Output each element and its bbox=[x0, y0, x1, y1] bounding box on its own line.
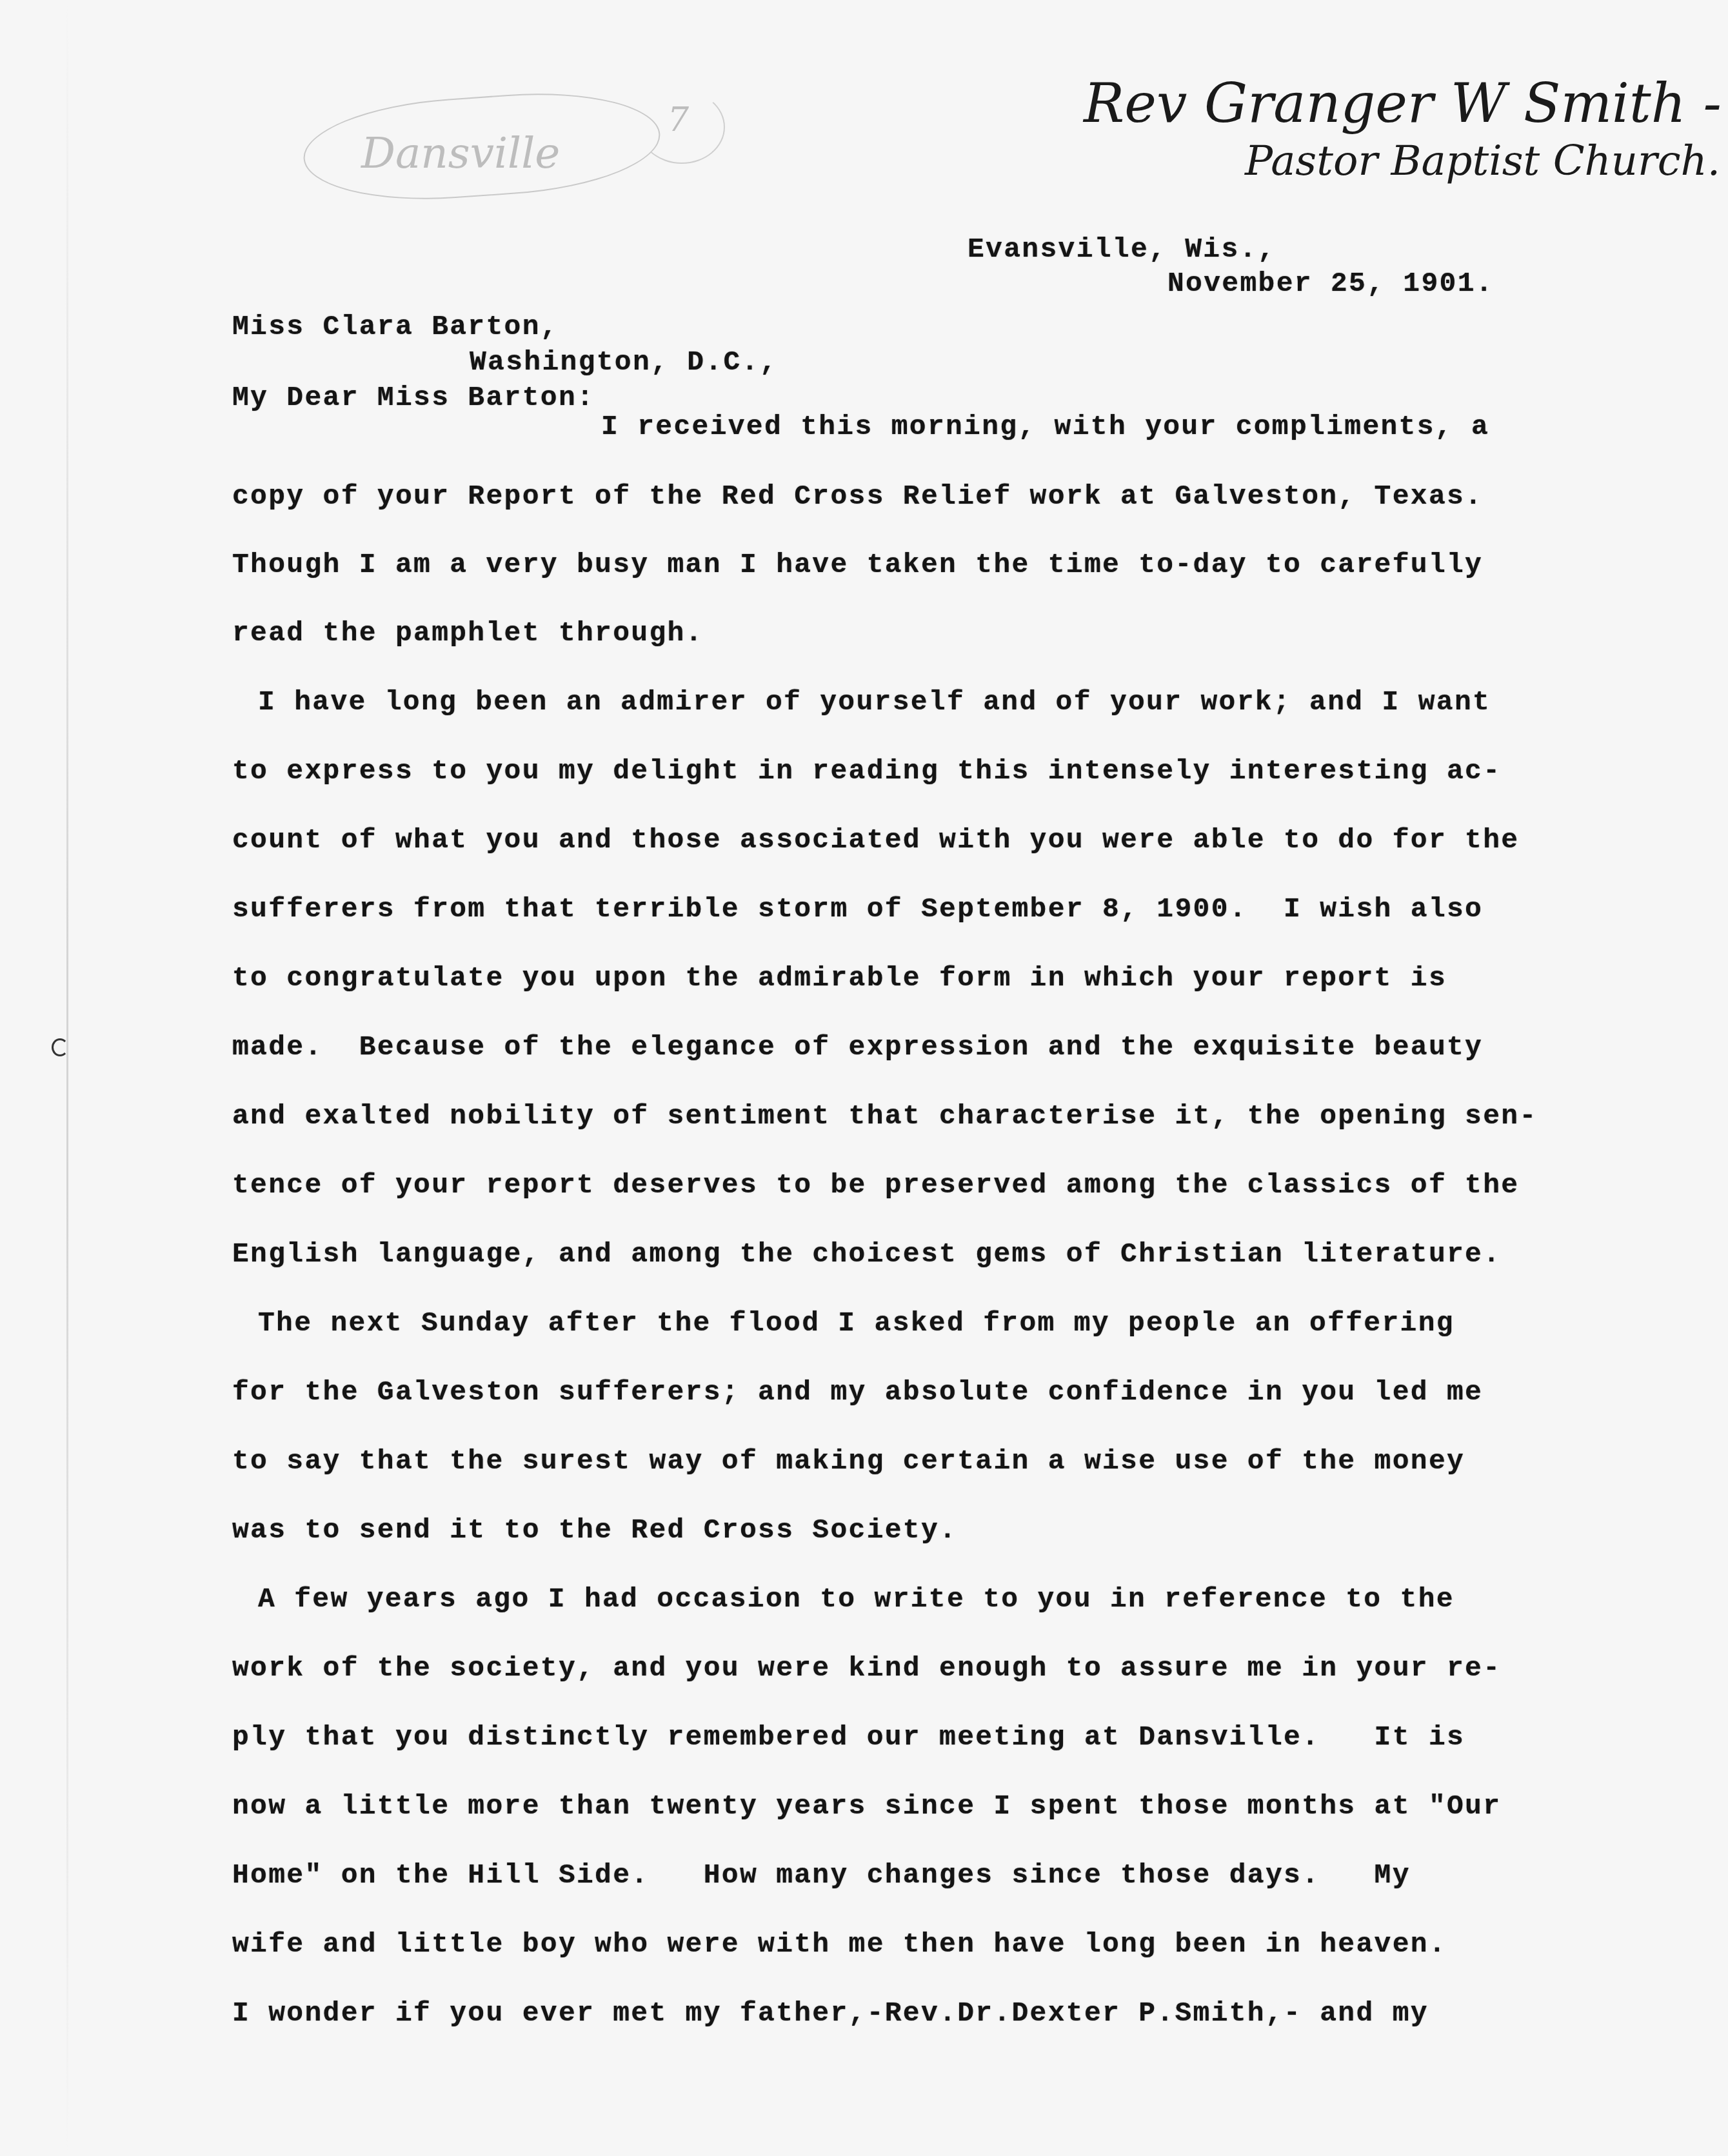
body-line: to congratulate you upon the admirable f… bbox=[232, 964, 1447, 992]
body-line: Home" on the Hill Side. How many changes… bbox=[232, 1861, 1411, 1889]
body-line: Though I am a very busy man I have taken… bbox=[232, 551, 1483, 579]
body-line: I have long been an admirer of yourself … bbox=[258, 688, 1491, 716]
body-line: The next Sunday after the flood I asked … bbox=[258, 1309, 1455, 1337]
letter-page: Dansville 7 Rev Granger W Smith - Pastor… bbox=[0, 0, 1728, 2156]
letter-place: Evansville, Wis., bbox=[968, 235, 1276, 263]
body-line: for the Galveston sufferers; and my abso… bbox=[232, 1378, 1483, 1406]
body-line: copy of your Report of the Red Cross Rel… bbox=[232, 482, 1483, 510]
body-line: I wonder if you ever met my father,-Rev.… bbox=[232, 1999, 1429, 2027]
body-line: read the pamphlet through. bbox=[232, 619, 704, 647]
body-line: made. Because of the elegance of express… bbox=[232, 1033, 1483, 1061]
body-line: wife and little boy who were with me the… bbox=[232, 1930, 1447, 1958]
letter-date: November 25, 1901. bbox=[1167, 270, 1494, 297]
body-line: to say that the surest way of making cer… bbox=[232, 1447, 1465, 1475]
body-line: now a little more than twenty years sinc… bbox=[232, 1792, 1501, 1820]
body-line: English language, and among the choicest… bbox=[232, 1240, 1501, 1268]
body-line: A few years ago I had occasion to write … bbox=[258, 1585, 1455, 1613]
pencil-note-number: 7 bbox=[668, 103, 689, 137]
handwritten-sender-name: Rev Granger W Smith - bbox=[1084, 76, 1722, 130]
body-line: work of the society, and you were kind e… bbox=[232, 1654, 1501, 1682]
body-line: sufferers from that terrible storm of Se… bbox=[232, 895, 1483, 923]
body-line: to express to you my delight in reading … bbox=[232, 757, 1501, 785]
body-line: ply that you distinctly remembered our m… bbox=[232, 1723, 1465, 1751]
body-line: tence of your report deserves to be pres… bbox=[232, 1171, 1519, 1199]
body-line: count of what you and those associated w… bbox=[232, 826, 1519, 854]
body-line: was to send it to the Red Cross Society. bbox=[232, 1516, 957, 1544]
handwritten-sender-title: Pastor Baptist Church. bbox=[1245, 141, 1720, 182]
page-edge-shadow bbox=[66, 0, 68, 2156]
punch-hole-mark bbox=[52, 1038, 68, 1056]
salutation: My Dear Miss Barton: bbox=[232, 384, 595, 411]
addressee-city: Washington, D.C., bbox=[470, 348, 778, 376]
body-line: and exalted nobility of sentiment that c… bbox=[232, 1102, 1538, 1130]
pencil-note-dansville: Dansville bbox=[361, 132, 560, 175]
body-line: I received this morning, with your compl… bbox=[601, 413, 1489, 440]
addressee-name: Miss Clara Barton, bbox=[232, 313, 559, 341]
